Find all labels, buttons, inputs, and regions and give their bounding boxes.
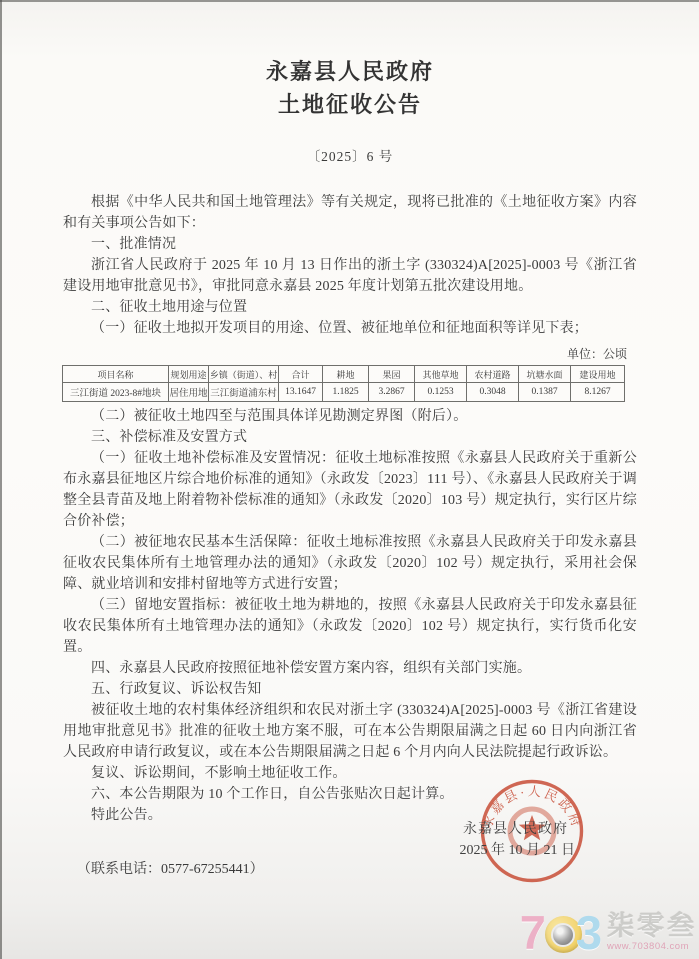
scan-edge-left (0, 0, 2, 959)
body-paragraph: （二）被征收土地四至与范围具体详见勘测定界图（附后）。 (63, 406, 637, 427)
site-watermark: 7 3 柒零叁 www.703804.com (520, 909, 697, 956)
body-paragraph: 四、永嘉县人民政府按照征地补偿安置方案内容，组织有关部门实施。 (63, 658, 637, 679)
table-cell: 8.1267 (571, 383, 625, 402)
table-cell: 3.2867 (369, 383, 415, 402)
watermark-digit-7: 7 (520, 909, 546, 956)
signature-date: 2025 年 10 月 21 日 (460, 839, 576, 859)
table-header-cell: 规划用途 (169, 366, 209, 383)
contact-phone: （联系电话：0577-67255441） (77, 858, 264, 878)
body-paragraph: 浙江省人民政府于 2025 年 10 月 13 日作出的浙土字 (330324)… (63, 255, 637, 297)
table-cell: 0.1387 (519, 383, 571, 402)
land-acquisition-table: 项目名称 规划用途 乡镇（街道）、村 合计 耕地 果园 其他草地 农村道路 坑塘… (62, 365, 625, 402)
table-cell: 居住用地 (169, 383, 209, 402)
watermark-digit-3: 3 (576, 909, 602, 956)
table-header-cell: 果园 (369, 366, 415, 383)
table-header-row: 项目名称 规划用途 乡镇（街道）、村 合计 耕地 果园 其他草地 农村道路 坑塘… (63, 366, 625, 383)
table-cell: 三江街道 2023-8#地块 (63, 383, 169, 402)
table-header-cell: 合计 (279, 366, 323, 383)
body-paragraph: （三）留地安置指标：被征收土地为耕地的，按照《永嘉县人民政府关于印发永嘉县征收农… (63, 595, 637, 658)
table-header-cell: 其他草地 (415, 366, 467, 383)
section-heading: 二、征收土地用途与位置 (63, 297, 637, 318)
doc-title-subject: 土地征收公告 (63, 88, 637, 121)
table-header-cell: 农村道路 (467, 366, 519, 383)
section-heading: 五、行政复议、诉讼权告知 (63, 679, 637, 700)
watermark-logo-703: 7 3 (520, 909, 602, 956)
table-header-cell: 建设用地 (571, 366, 625, 383)
table-cell: 1.1825 (323, 383, 369, 402)
document-content: 永嘉县人民政府 土地征收公告 〔2025〕6 号 根据《中华人民共和国土地管理法… (63, 0, 637, 826)
doc-number: 〔2025〕6 号 (63, 145, 637, 165)
signature-authority: 永嘉县人民政府 (463, 818, 568, 838)
doc-title-authority: 永嘉县人民政府 (63, 55, 637, 88)
table-cell: 0.3048 (467, 383, 519, 402)
table-cell: 13.1647 (279, 383, 323, 402)
table-cell: 0.1253 (415, 383, 467, 402)
body-paragraph: （二）被征地农民基本生活保障：征收土地标准按照《永嘉县人民政府关于印发永嘉县征收… (63, 532, 637, 595)
section-heading: 一、批准情况 (63, 234, 637, 255)
body-paragraph: （一）征收土地拟开发项目的用途、位置、被征地单位和征地面积等详见下表； (63, 318, 637, 339)
table-row: 三江街道 2023-8#地块 居住用地 三江街道浦东村 13.1647 1.18… (63, 383, 625, 402)
table-unit-label: 单位：公顷 (63, 345, 637, 362)
body-paragraph: 根据《中华人民共和国土地管理法》等有关规定，现将已批准的《土地征收方案》内容和有… (63, 192, 637, 234)
section-heading: 三、补偿标准及安置方式 (63, 427, 637, 448)
body-paragraph: 被征收土地的农村集体经济组织和农民对浙土字 (330324)A[2025]-00… (63, 700, 637, 763)
watermark-site-name: 柒零叁 (607, 912, 697, 940)
table-header-cell: 乡镇（街道）、村 (209, 366, 279, 383)
scanned-document-page: 永嘉县人民政府 土地征收公告 〔2025〕6 号 根据《中华人民共和国土地管理法… (0, 0, 699, 959)
table-cell: 三江街道浦东村 (209, 383, 279, 402)
table-header-cell: 耕地 (323, 366, 369, 383)
table-header-cell: 坑塘水面 (519, 366, 571, 383)
body-paragraph: （一）征收土地补偿标准及安置情况：征收土地标准按照《永嘉县人民政府关于重新公布永… (63, 448, 637, 532)
table-header-cell: 项目名称 (63, 366, 169, 383)
watermark-site-url: www.703804.com (607, 941, 689, 952)
